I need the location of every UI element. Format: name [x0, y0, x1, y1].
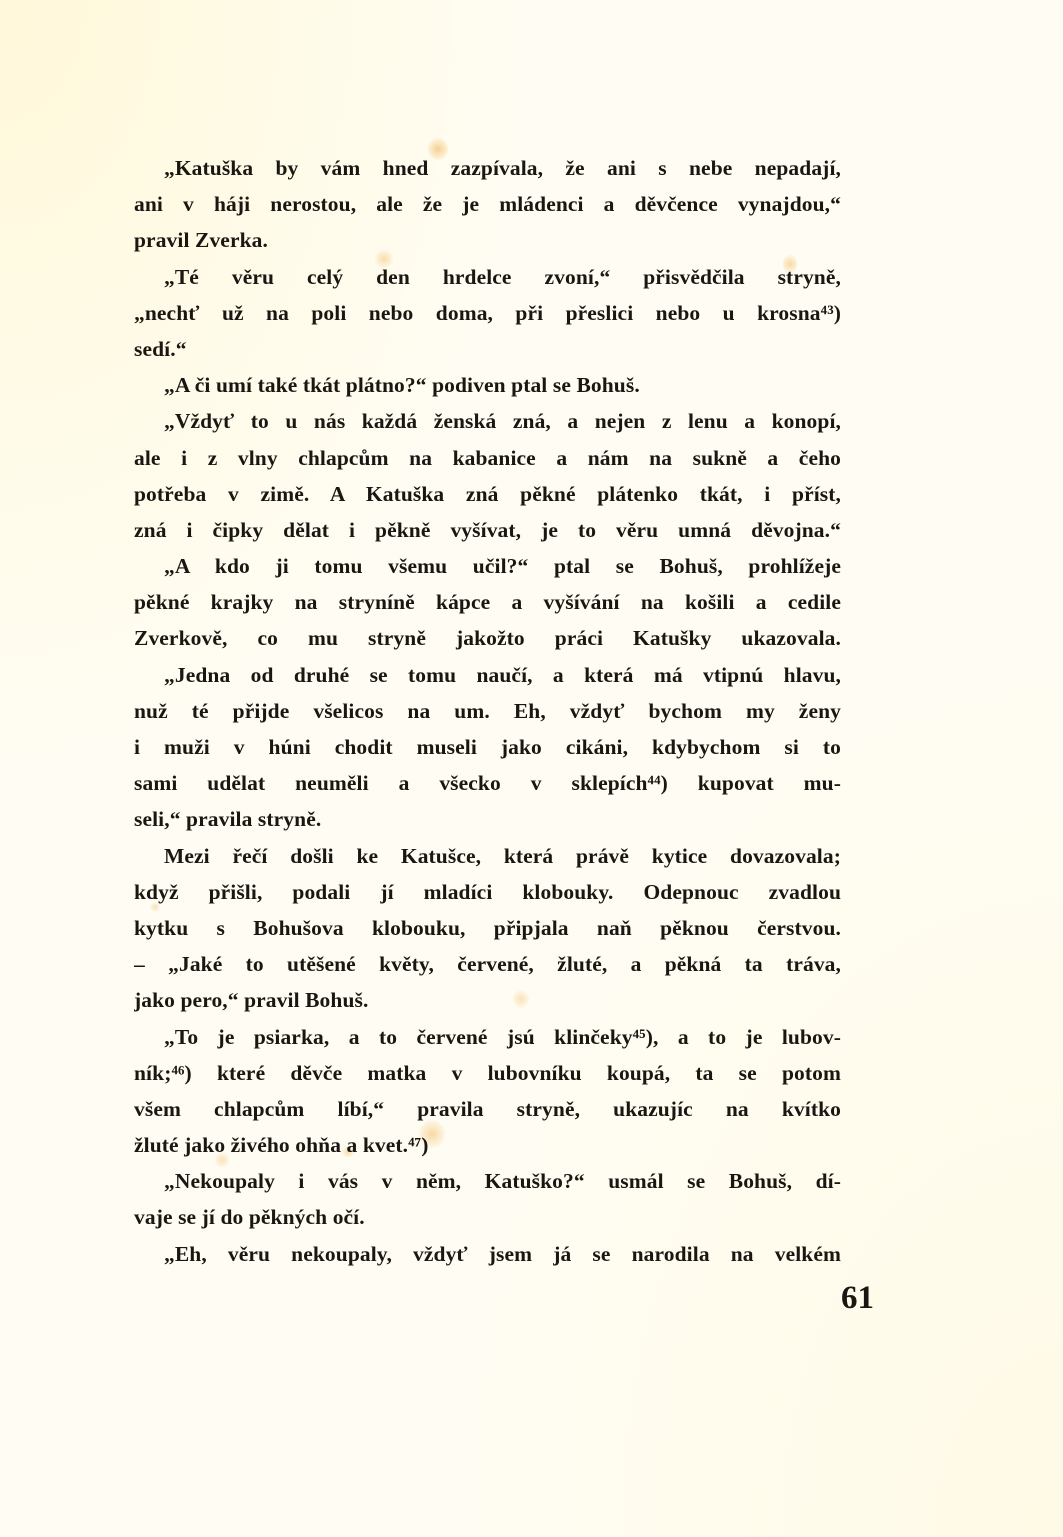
text-line: „To je psiarka, a to červené jsú klinček…: [134, 1019, 841, 1055]
text-line: jako pero,“ pravil Bohuš.: [134, 982, 841, 1018]
text-line: zná i čipky dělat i pěkně vyšívat, je to…: [134, 512, 841, 548]
scanned-book-page: „Katuška by vám hned zazpívala, že ani s…: [0, 0, 1063, 1537]
text-line: když přišli, podali jí mladíci klobouky.…: [134, 874, 841, 910]
text-line: nuž té přijde všelicos na um. Eh, vždyť …: [134, 693, 841, 729]
text-line: kytku s Bohušova klobouku, připjala naň …: [134, 910, 841, 946]
text-line: „Katuška by vám hned zazpívala, že ani s…: [134, 150, 841, 186]
text-line: i muži v húni chodit museli jako cikáni,…: [134, 729, 841, 765]
text-line: seli,“ pravila stryně.: [134, 801, 841, 837]
text-line: Mezi řečí došli ke Katušce, která právě …: [134, 838, 841, 874]
text-line: „A či umí také tkát plátno?“ podiven pta…: [134, 367, 841, 403]
body-text: „Katuška by vám hned zazpívala, že ani s…: [134, 150, 841, 1272]
text-line: potřeba v zimě. A Katuška zná pěkné plát…: [134, 476, 841, 512]
text-line: „Jedna od druhé se tomu naučí, a která m…: [134, 657, 841, 693]
text-line: všem chlapcům líbí,“ pravila stryně, uka…: [134, 1091, 841, 1127]
text-line: ník;⁴⁶) které děvče matka v lubovníku ko…: [134, 1055, 841, 1091]
text-line: „Eh, věru nekoupaly, vždyť jsem já se na…: [134, 1236, 841, 1272]
text-line: ale i z vlny chlapcům na kabanice a nám …: [134, 440, 841, 476]
text-line: pěkné krajky na stryníně kápce a vyšíván…: [134, 584, 841, 620]
page-number: 61: [841, 1280, 874, 1317]
text-line: ani v háji nerostou, ale že je mládenci …: [134, 186, 841, 222]
text-line: – „Jaké to utěšené květy, červené, žluté…: [134, 946, 841, 982]
text-line: „Vždyť to u nás každá ženská zná, a neje…: [134, 403, 841, 439]
text-line: „nechť už na poli nebo doma, při přeslic…: [134, 295, 841, 331]
text-line: sami udělat neuměli a všecko v sklepích⁴…: [134, 765, 841, 801]
text-line: pravil Zverka.: [134, 222, 841, 258]
text-line: „Té věru celý den hrdelce zvoní,“ přisvě…: [134, 259, 841, 295]
text-line: sedí.“: [134, 331, 841, 367]
text-line: Zverkově, co mu stryně jakožto práci Kat…: [134, 620, 841, 656]
text-line: žluté jako živého ohňa a kvet.⁴⁷): [134, 1127, 841, 1163]
text-line: vaje se jí do pěkných očí.: [134, 1199, 841, 1235]
text-line: „Nekoupaly i vás v něm, Katuško?“ usmál …: [134, 1163, 841, 1199]
text-line: „A kdo ji tomu všemu učil?“ ptal se Bohu…: [134, 548, 841, 584]
